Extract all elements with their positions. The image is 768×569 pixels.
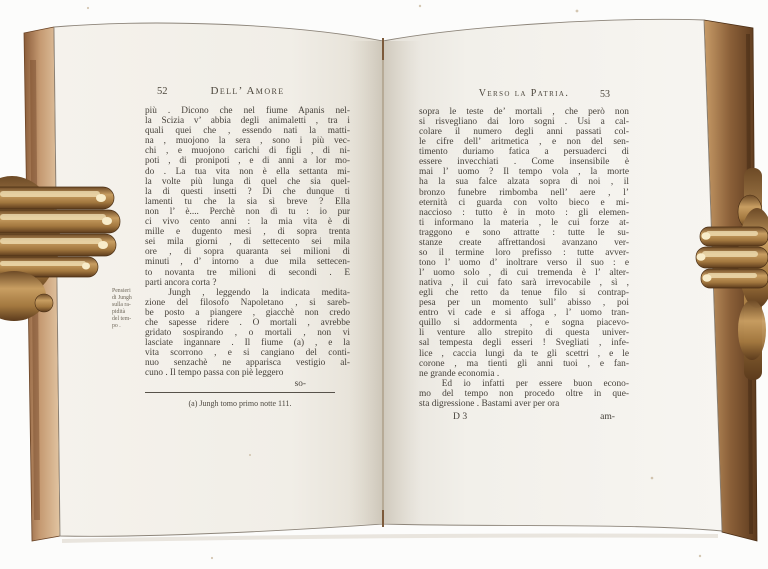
text-line: nuo senzachè ne apparisca vestigio al- xyxy=(145,358,350,368)
text-line: Pensieri xyxy=(112,288,146,295)
text-line: traggono e sono attratte : tutte le su- xyxy=(419,228,629,238)
right-page-number: 53 xyxy=(600,89,610,100)
text-line: ha la sua falce alzata sopra di noi , il xyxy=(419,177,629,187)
text-line: naccioso : tutto è in moto : gli elemen- xyxy=(419,208,629,218)
text-line: la di questi insetti ? Di che dunque ti xyxy=(145,187,350,197)
text-line: mai l’ uomo ? Il tempo vola , la morte xyxy=(419,167,629,177)
text-line: entro vi cade e si affoga , l’ uomo tran… xyxy=(419,308,629,318)
text-line: eternità ci guarda con volto bieco e mi- xyxy=(419,198,629,208)
text-line: l’ uomo solo , di cui tremenda è l’ alte… xyxy=(419,268,629,278)
text-line: più . Dicono che nel fiume Apanis nel- xyxy=(145,106,350,116)
text-line: mo del tempo non procedo oltre in que- xyxy=(419,389,629,399)
footnote: (a) Jungh tomo primo notte 111. xyxy=(140,399,340,408)
right-catchword: am- xyxy=(600,411,615,422)
text-line: na , muojono la sera , sono i più vec- xyxy=(145,136,350,146)
text-line: la volte più lunga di quel che sia quel- xyxy=(145,177,350,187)
text-line: sei mila giorni , di settecento sei mila xyxy=(145,237,350,247)
right-page-text: sopra le teste de’ mortali , che però no… xyxy=(419,107,629,409)
gutter-shade-left xyxy=(348,41,383,524)
text-line: la Scizia v’ abbia degli animaletti , tr… xyxy=(145,116,350,126)
text-line: pesa per un momento sull’ abisso , poi xyxy=(419,298,629,308)
text-line: ne grande economia . xyxy=(419,369,629,379)
text-line: si risvegliano dai loro sogni . Usi a ca… xyxy=(419,117,629,127)
gutter-shade-right xyxy=(383,41,421,524)
footnote-rule xyxy=(145,392,335,393)
text-line: zione del filosofo Napoletano , si sareb… xyxy=(145,298,350,308)
text-line: lasciate ingannare . Il fiume (a) , e la xyxy=(145,338,350,348)
signature-mark: D 3 xyxy=(453,411,467,422)
right-running-title: Verso la Patria. xyxy=(419,88,629,99)
text-line: egli che retto da tenue filo si contrap- xyxy=(419,288,629,298)
text-line: sal tempesta degli esseri ! Svegliati , … xyxy=(419,338,629,348)
text-line: di Jungh xyxy=(112,295,146,302)
text-line: minuti , d’ intorno a due mila settecen- xyxy=(145,257,350,267)
text-line: bronzo funebre rimbomba nell’ aere , l’ xyxy=(419,188,629,198)
text-line: ore , di sopra quaranta sei milioni di xyxy=(145,247,350,257)
text-line: non l’ è.... Perchè non dì tu : io pur xyxy=(145,207,350,217)
text-line: chi , e muojono carichi di figli , di ni… xyxy=(145,146,350,156)
left-running-title: Dell’ Amore xyxy=(145,85,350,97)
text-line: gridato sospirando , o mortali , non vi xyxy=(145,328,350,338)
book-shadow xyxy=(62,536,718,541)
text-line: ci vivo cento anni : la mia vita è di xyxy=(145,217,350,227)
text-line: to novanta tre milioni di secondi . E xyxy=(145,268,350,278)
book-photo: 52 Dell’ Amore più . Dicono che nel fium… xyxy=(0,0,768,569)
text-line: po . xyxy=(112,323,146,330)
text-line: stanze create affrettandosi avanzano ver… xyxy=(419,238,629,248)
text-line: colare il numero degli anni passati col- xyxy=(419,127,629,137)
text-line: Jungh , leggendo la indicata medita- xyxy=(145,288,350,298)
text-line: do . La tua vita non è ella settanta mi- xyxy=(145,167,350,177)
text-line: poti , di pronipoti , e di anni a lor mo… xyxy=(145,156,350,166)
book-illustration xyxy=(0,0,768,569)
text-line: del tem- xyxy=(112,316,146,323)
text-line: ti informano la materia , le cui forze a… xyxy=(419,218,629,228)
signature-row: D 3 am- xyxy=(419,411,629,422)
text-line: pidità xyxy=(112,309,146,316)
text-line: be posto a piangere , giacchè non credo xyxy=(145,308,350,318)
text-line: le cifre dell’ aritmetica , e non del se… xyxy=(419,137,629,147)
text-line: so il termine loro prefisso : tutte avve… xyxy=(419,248,629,258)
text-line: mille e dugento mesi , di sopra trenta xyxy=(145,227,350,237)
left-page-text: più . Dicono che nel fiume Apanis nel-la… xyxy=(145,106,350,379)
text-line: tono l’ uomo d’ inoltrare verso il suo :… xyxy=(419,258,629,268)
text-line: parti ancora corta ? xyxy=(145,278,350,288)
text-line: sta digressione . Bastami aver per ora xyxy=(419,399,629,409)
text-line: cuno . Il tempo passa con piè leggero xyxy=(145,368,350,378)
text-line: corone , ma tienti gli anni tuoi , e fan… xyxy=(419,359,629,369)
text-line: timento duriamo fatica a persuaderci di xyxy=(419,147,629,157)
text-line: Ed io infatti per essere buon econo- xyxy=(419,379,629,389)
text-line: sopra le teste de’ mortali , che però no… xyxy=(419,107,629,117)
left-catchword: so- xyxy=(145,379,350,389)
margin-note: Pensieridi Junghsulla ra-piditàdel tem-p… xyxy=(112,288,146,330)
text-line: lamenti tu che la sia sì breve ? Ella xyxy=(145,197,350,207)
text-line: che sapesse ridere . O mortali , avrebbe xyxy=(145,318,350,328)
text-line: quillo si addormenta , e sogna piacevo- xyxy=(419,318,629,328)
text-line: nativa , il cui fato sarà irrevocabile ,… xyxy=(419,278,629,288)
text-line: essere invecchiati . Come insensibile è xyxy=(419,157,629,167)
text-line: lice , caccia lungi da te gli scettri , … xyxy=(419,349,629,359)
text-line: li venture allo strepito di questa unive… xyxy=(419,328,629,338)
text-line: sulla ra- xyxy=(112,302,146,309)
text-line: vita scorrono , e si cangiano del conti- xyxy=(145,348,350,358)
text-line: quali quei che , essendo nati la matti- xyxy=(145,126,350,136)
